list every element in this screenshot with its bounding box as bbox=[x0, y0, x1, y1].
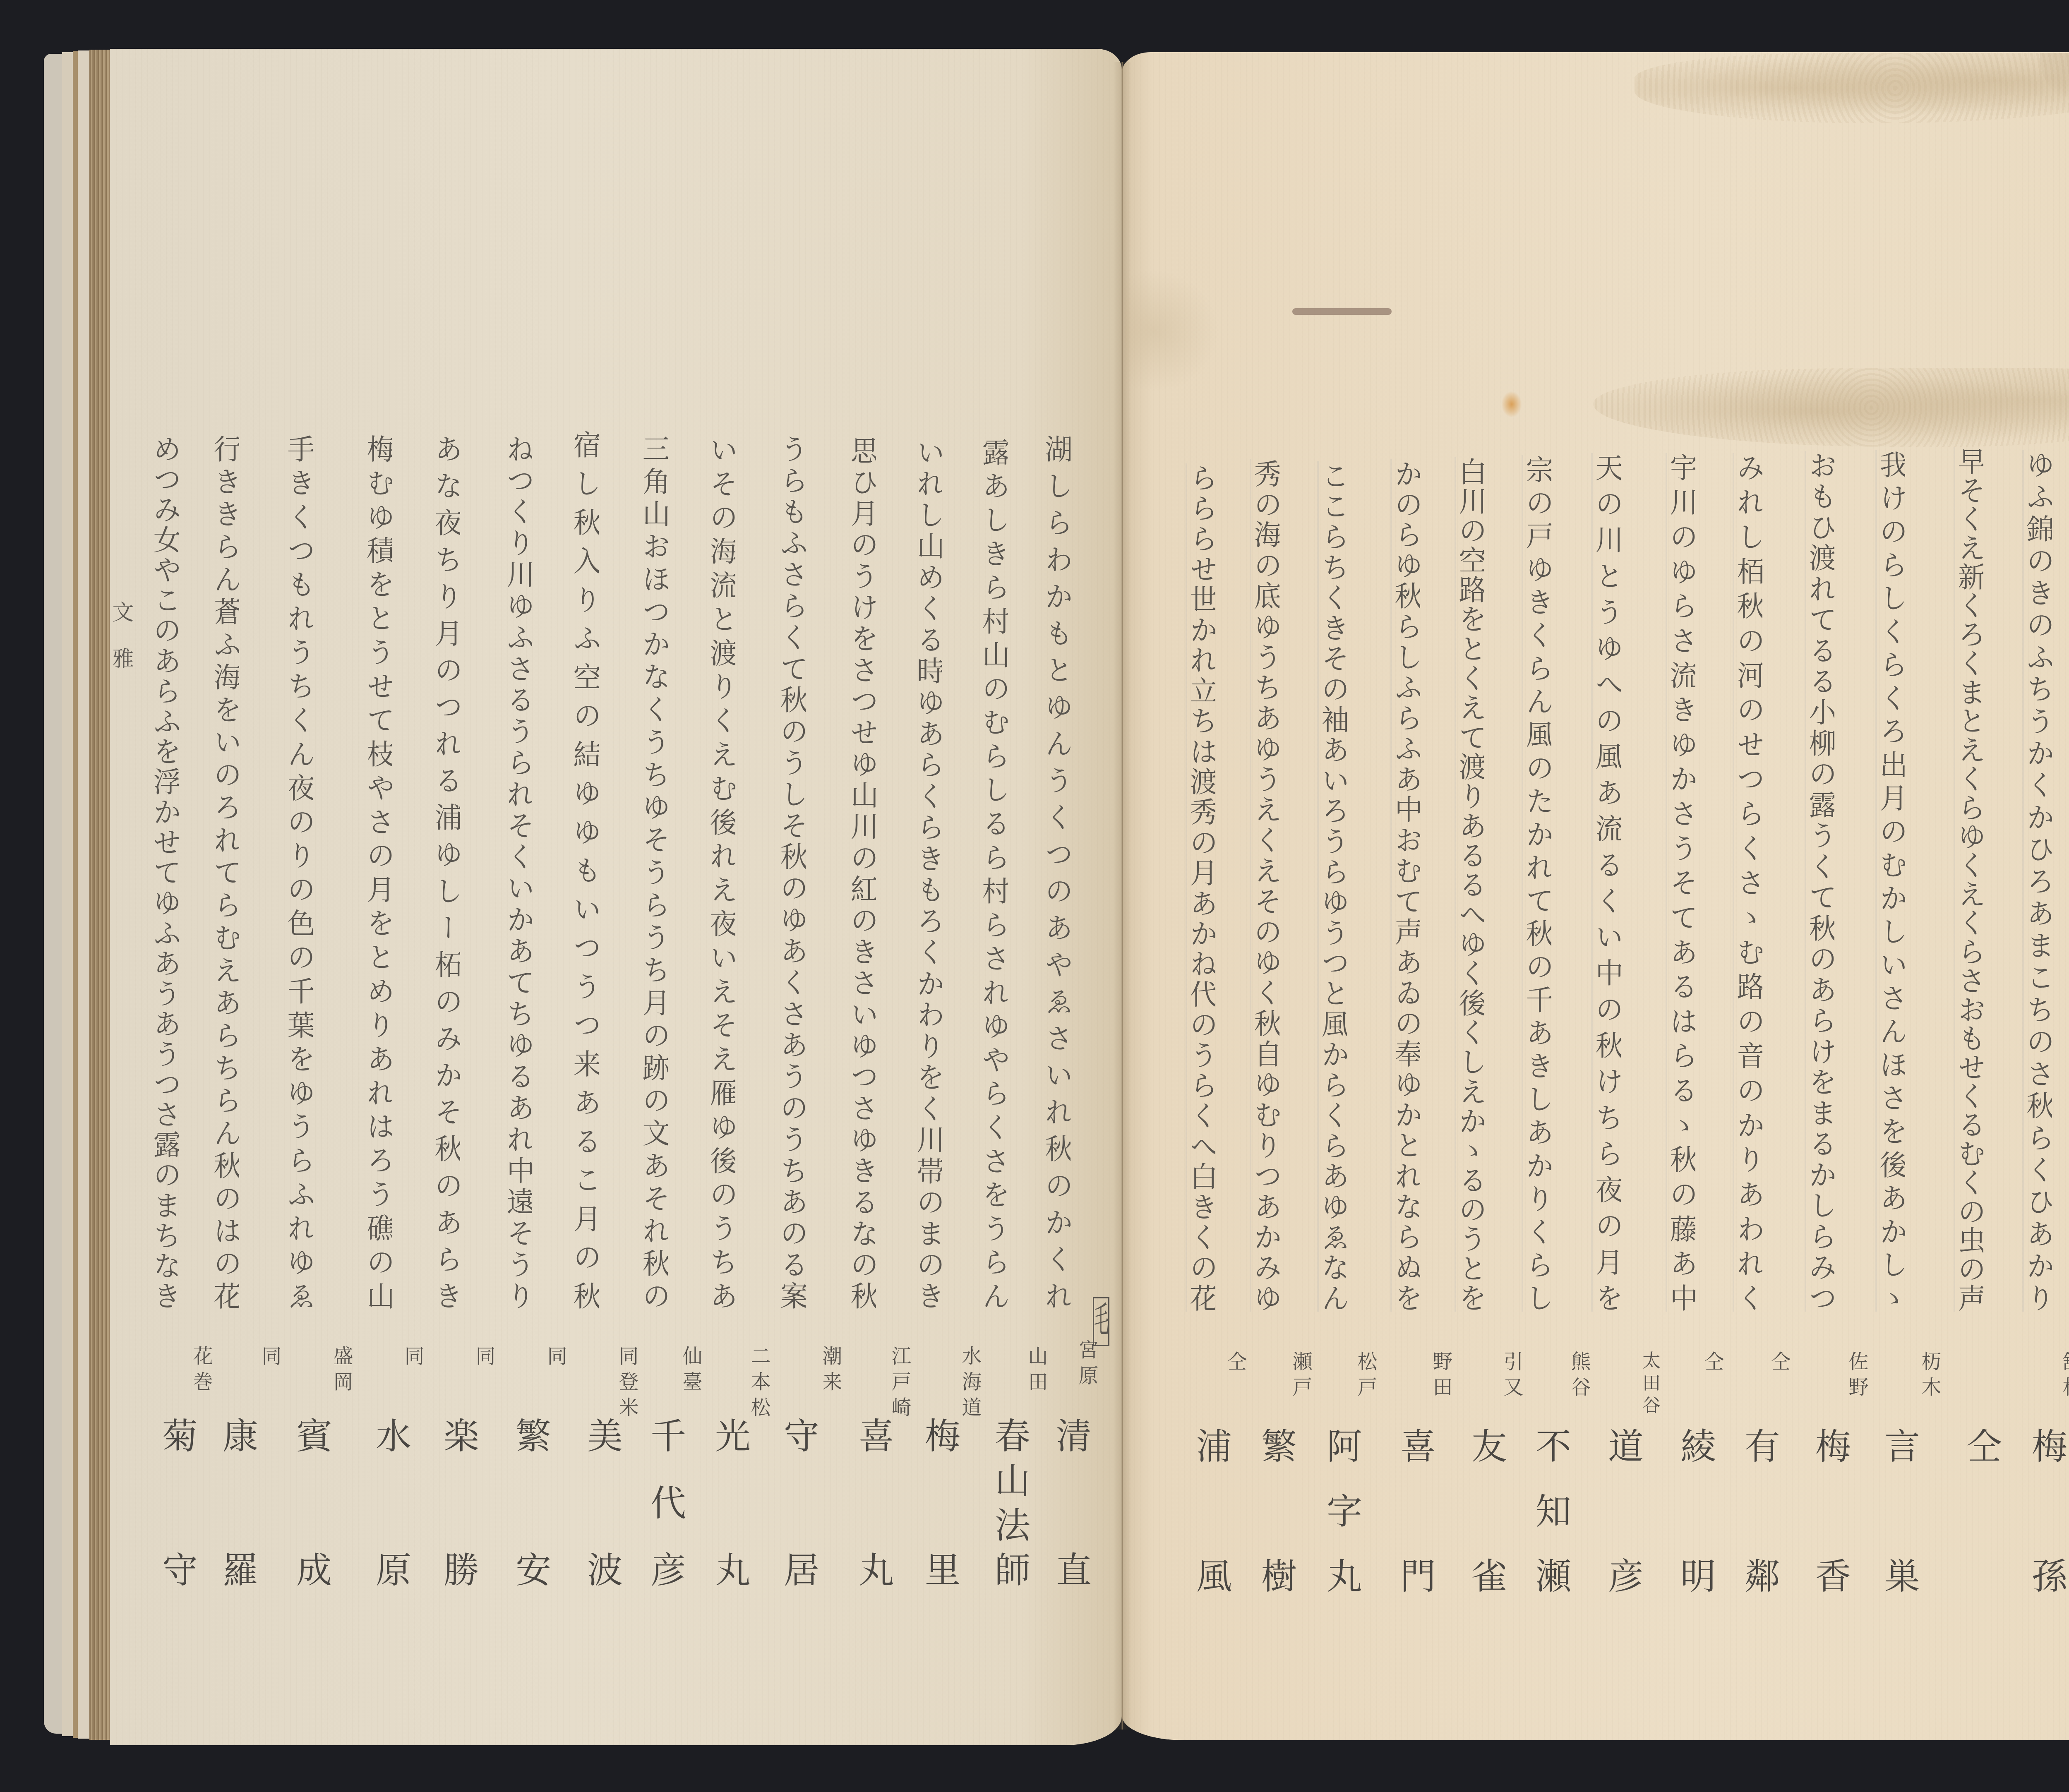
poem-column: おもひ渡れてるる小柳の露うくて秋のあらけをまるかしらみつ bbox=[1805, 451, 1834, 1312]
author-name: 仝 bbox=[1961, 1427, 1999, 1593]
author-location: 佐野 bbox=[1843, 1351, 1867, 1402]
author-name: 不知瀬 bbox=[1531, 1427, 1568, 1593]
left-page-edge bbox=[62, 52, 73, 1736]
author-location: 花巻 bbox=[188, 1346, 211, 1397]
author-location: 盛岡 bbox=[328, 1346, 351, 1397]
author-location: 潮来 bbox=[817, 1346, 840, 1397]
author-name: 友雀 bbox=[1467, 1427, 1504, 1593]
author-name: 繁樹 bbox=[1256, 1427, 1294, 1593]
poem-column: 宿し秋入りふ空の結ゆゆもいつうつ来あるこ月の秋 bbox=[569, 430, 599, 1310]
foxing-spot bbox=[1501, 391, 1522, 417]
author-location: 同登米 bbox=[614, 1346, 637, 1423]
author-name: 梅里 bbox=[920, 1417, 957, 1587]
paper-damage-top bbox=[1635, 53, 2069, 123]
poem-column: みれし栢秋の河のせつらくさゝむ路の音のかりあわれく bbox=[1733, 453, 1762, 1312]
ink-smudge-mark bbox=[1292, 308, 1392, 315]
poem-column: かのらゆ秋らしふらふあ中おむて声あゐの奉ゆかとれならぬを bbox=[1390, 459, 1420, 1312]
author-name: 菊守 bbox=[157, 1417, 194, 1587]
author-name: 有鄰 bbox=[1740, 1427, 1777, 1593]
poem-column: めつみ女やこのあらふを浮かせてゆふあうあうつさ露のまちなき bbox=[149, 434, 179, 1310]
author-name: 光丸 bbox=[710, 1417, 747, 1587]
author-name: 言巣 bbox=[1879, 1427, 1917, 1593]
poem-column: いその海流と渡りくえむ後れえ夜いえそえ雁ゆ後のうちあ bbox=[706, 435, 735, 1310]
author-name: 楽勝 bbox=[439, 1417, 476, 1587]
author-location: 松戸 bbox=[1352, 1351, 1375, 1402]
poem-column: 天の川とうゆへの風あ流るくい中の秋けちら夜の月を bbox=[1591, 453, 1621, 1312]
left-page-edge bbox=[78, 50, 89, 1739]
poem-column: うらもふさらくて秋のうしそ秋のゆあくさあうのうちあのる案 bbox=[776, 434, 806, 1310]
author-name: 水原 bbox=[371, 1417, 408, 1587]
author-name: 阿字丸 bbox=[1322, 1427, 1359, 1593]
poem-column: 我けのらしくらくろ出月のむかしいさんほさを後あかしゝ bbox=[1875, 450, 1905, 1312]
poem-column: ここらちくきその袖あいろうらゆうつと風からくらあゆゑなん bbox=[1317, 461, 1347, 1312]
author-location: 水海道 bbox=[957, 1346, 980, 1423]
author-name: 梅香 bbox=[1810, 1427, 1848, 1593]
author-name: 道彦 bbox=[1603, 1427, 1640, 1593]
author-location: 舘林 bbox=[2057, 1351, 2069, 1402]
author-name: 美波 bbox=[582, 1417, 619, 1587]
poem-column: 宇川のゆらさ流きゆかさうそてあるはらるゝ秋の藤あ中 bbox=[1666, 453, 1695, 1312]
poem-column: 宗の戸ゆきくらん風のたかれて秋の千あきしあかりくらし bbox=[1522, 455, 1551, 1312]
author-location: 同 bbox=[257, 1346, 280, 1371]
author-location: 仝 bbox=[1222, 1351, 1245, 1377]
province-mark-box: 毛 bbox=[1093, 1297, 1109, 1346]
poem-column: いれし山めくる時ゆあらくらきもろくかわりをく川帯のまのき bbox=[912, 438, 942, 1310]
poem-column: ゆふ錦のきのふちうかくかひろあまこちのさ秋らくひあかり bbox=[2022, 450, 2052, 1312]
author-name: 康羅 bbox=[218, 1417, 255, 1587]
author-name: 綾明 bbox=[1675, 1427, 1713, 1593]
author-location: 仝 bbox=[1699, 1351, 1722, 1377]
author-location: 江戸崎 bbox=[886, 1346, 910, 1423]
poem-column: ねつくり川ゆふさるうられそくいかあてちゆるあれ中遠そうり bbox=[502, 434, 532, 1310]
author-name: 清直 bbox=[1051, 1417, 1088, 1587]
poem-column: 手きくつもれうちくん夜のりの色の千葉をゆうらふれゆゑ bbox=[283, 434, 313, 1310]
author-location: 山田 bbox=[1023, 1346, 1046, 1397]
author-name: 浦風 bbox=[1191, 1427, 1229, 1593]
author-location: 同 bbox=[542, 1346, 565, 1371]
author-name: 繁安 bbox=[511, 1417, 548, 1587]
author-location: 二本松 bbox=[746, 1346, 769, 1423]
author-location: 仝 bbox=[1766, 1351, 1789, 1377]
poem-column: 三角山おほつかなくうちゆそうらうち月の跡の文あそれ秋の bbox=[638, 434, 668, 1310]
poem-column: 秀の海の底ゆうちあゆうえくえそのゆく秋自ゆむりつあかみゆ bbox=[1250, 459, 1279, 1312]
author-name: 梅孫 bbox=[2027, 1427, 2064, 1593]
margin-label: 文雅 bbox=[108, 601, 132, 693]
poem-column: 湖しらわかもとゆんうくつのあやゑさいれ秋のかくれ bbox=[1041, 434, 1071, 1310]
poem-column: あな夜ちり月のつれる浦ゆしー柘のみかそ秋のあらき bbox=[430, 434, 460, 1310]
left-page-edge bbox=[44, 54, 62, 1734]
author-location: 仙臺 bbox=[677, 1346, 701, 1397]
author-name: 千代彦 bbox=[646, 1417, 683, 1587]
poem-column: らららせ世かれ立ちは渡秀の月あかね代のうらくへ白きくの花 bbox=[1186, 463, 1215, 1312]
author-name: 喜門 bbox=[1395, 1427, 1433, 1593]
paper-stain-gutter bbox=[1125, 265, 1224, 397]
left-page-edge bbox=[73, 51, 78, 1738]
author-location: 瀬戸 bbox=[1287, 1351, 1311, 1402]
author-location: 同 bbox=[470, 1346, 494, 1371]
author-location: 杤木 bbox=[1916, 1351, 1939, 1402]
author-location: 野田 bbox=[1428, 1351, 1451, 1402]
author-name: 守居 bbox=[779, 1417, 816, 1587]
author-location: 太田谷 bbox=[1635, 1351, 1659, 1418]
author-name: 喜丸 bbox=[854, 1417, 891, 1587]
left-page-edge-stack bbox=[89, 50, 110, 1740]
poem-column: 早そくえ新くろくまとえくらゆくえくらさおもせくるむくの虫の声 bbox=[1954, 447, 1983, 1312]
author-location: 熊谷 bbox=[1566, 1351, 1589, 1402]
author-location: 宮原 bbox=[1073, 1339, 1097, 1391]
author-name: 賓成 bbox=[291, 1417, 329, 1587]
poem-column: 白川の空路をとくえて渡りあるるへゆく後くしえかゝるのうとを bbox=[1455, 457, 1484, 1312]
poem-column: 行ききらん蒼ふ海をいのろれてらむえあらちらん秋のはの花 bbox=[209, 434, 239, 1310]
author-location: 同 bbox=[399, 1346, 422, 1371]
poem-column: 梅むゆ積をとうせて枝やさの月をとめりあれはろう礁の山 bbox=[362, 434, 392, 1310]
author-name: 春山法師 bbox=[990, 1417, 1027, 1587]
poem-column: 露あしきら村山のむらしるら村らされゆやらくさをうらん bbox=[978, 438, 1008, 1310]
poem-column: 思ひ月のうけをさつせゆ山川の紅のきさいゆつさゆきるなの秋 bbox=[846, 436, 876, 1310]
author-location: 引又 bbox=[1498, 1351, 1522, 1402]
